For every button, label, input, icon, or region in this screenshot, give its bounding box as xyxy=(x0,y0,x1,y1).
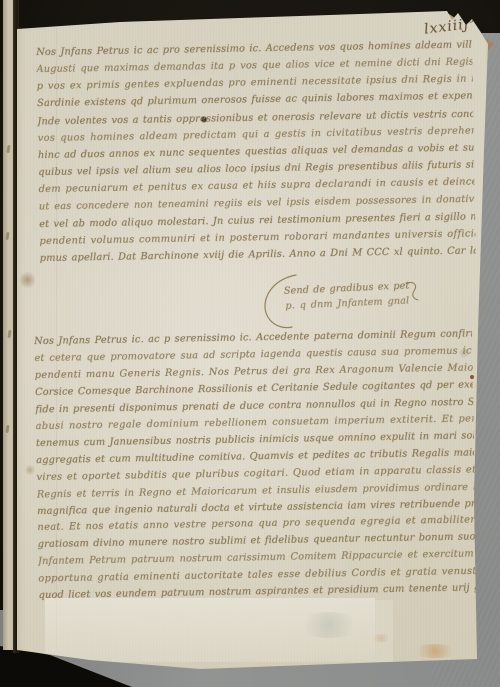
red-speck xyxy=(470,375,474,379)
gray-smudge xyxy=(296,612,362,638)
paragraph-1: Nos Jnfans Petrus ic ac pro serenissimo … xyxy=(36,36,476,267)
stain-left-margin-small xyxy=(25,464,35,476)
sliver-ink-mark xyxy=(5,425,9,433)
stain-bottom-small xyxy=(370,634,392,642)
manuscript-page: lxxiiijo Nos Jnfans Petrus ic ac pro ser… xyxy=(0,0,500,687)
stain-left-margin xyxy=(20,270,35,290)
paragraph-2: Nos Jnfans Petrus ic. ac p serenissimo i… xyxy=(34,326,477,605)
annotation-end-flourish xyxy=(404,279,420,303)
sliver-ink-mark xyxy=(5,232,9,240)
sliver-ink-mark xyxy=(7,330,11,338)
annotation-note: Send de gradibus ex petp. q dnm Jnfantem… xyxy=(281,279,412,314)
stain-bottom-right xyxy=(412,644,458,658)
sliver-ink-mark xyxy=(6,145,10,153)
